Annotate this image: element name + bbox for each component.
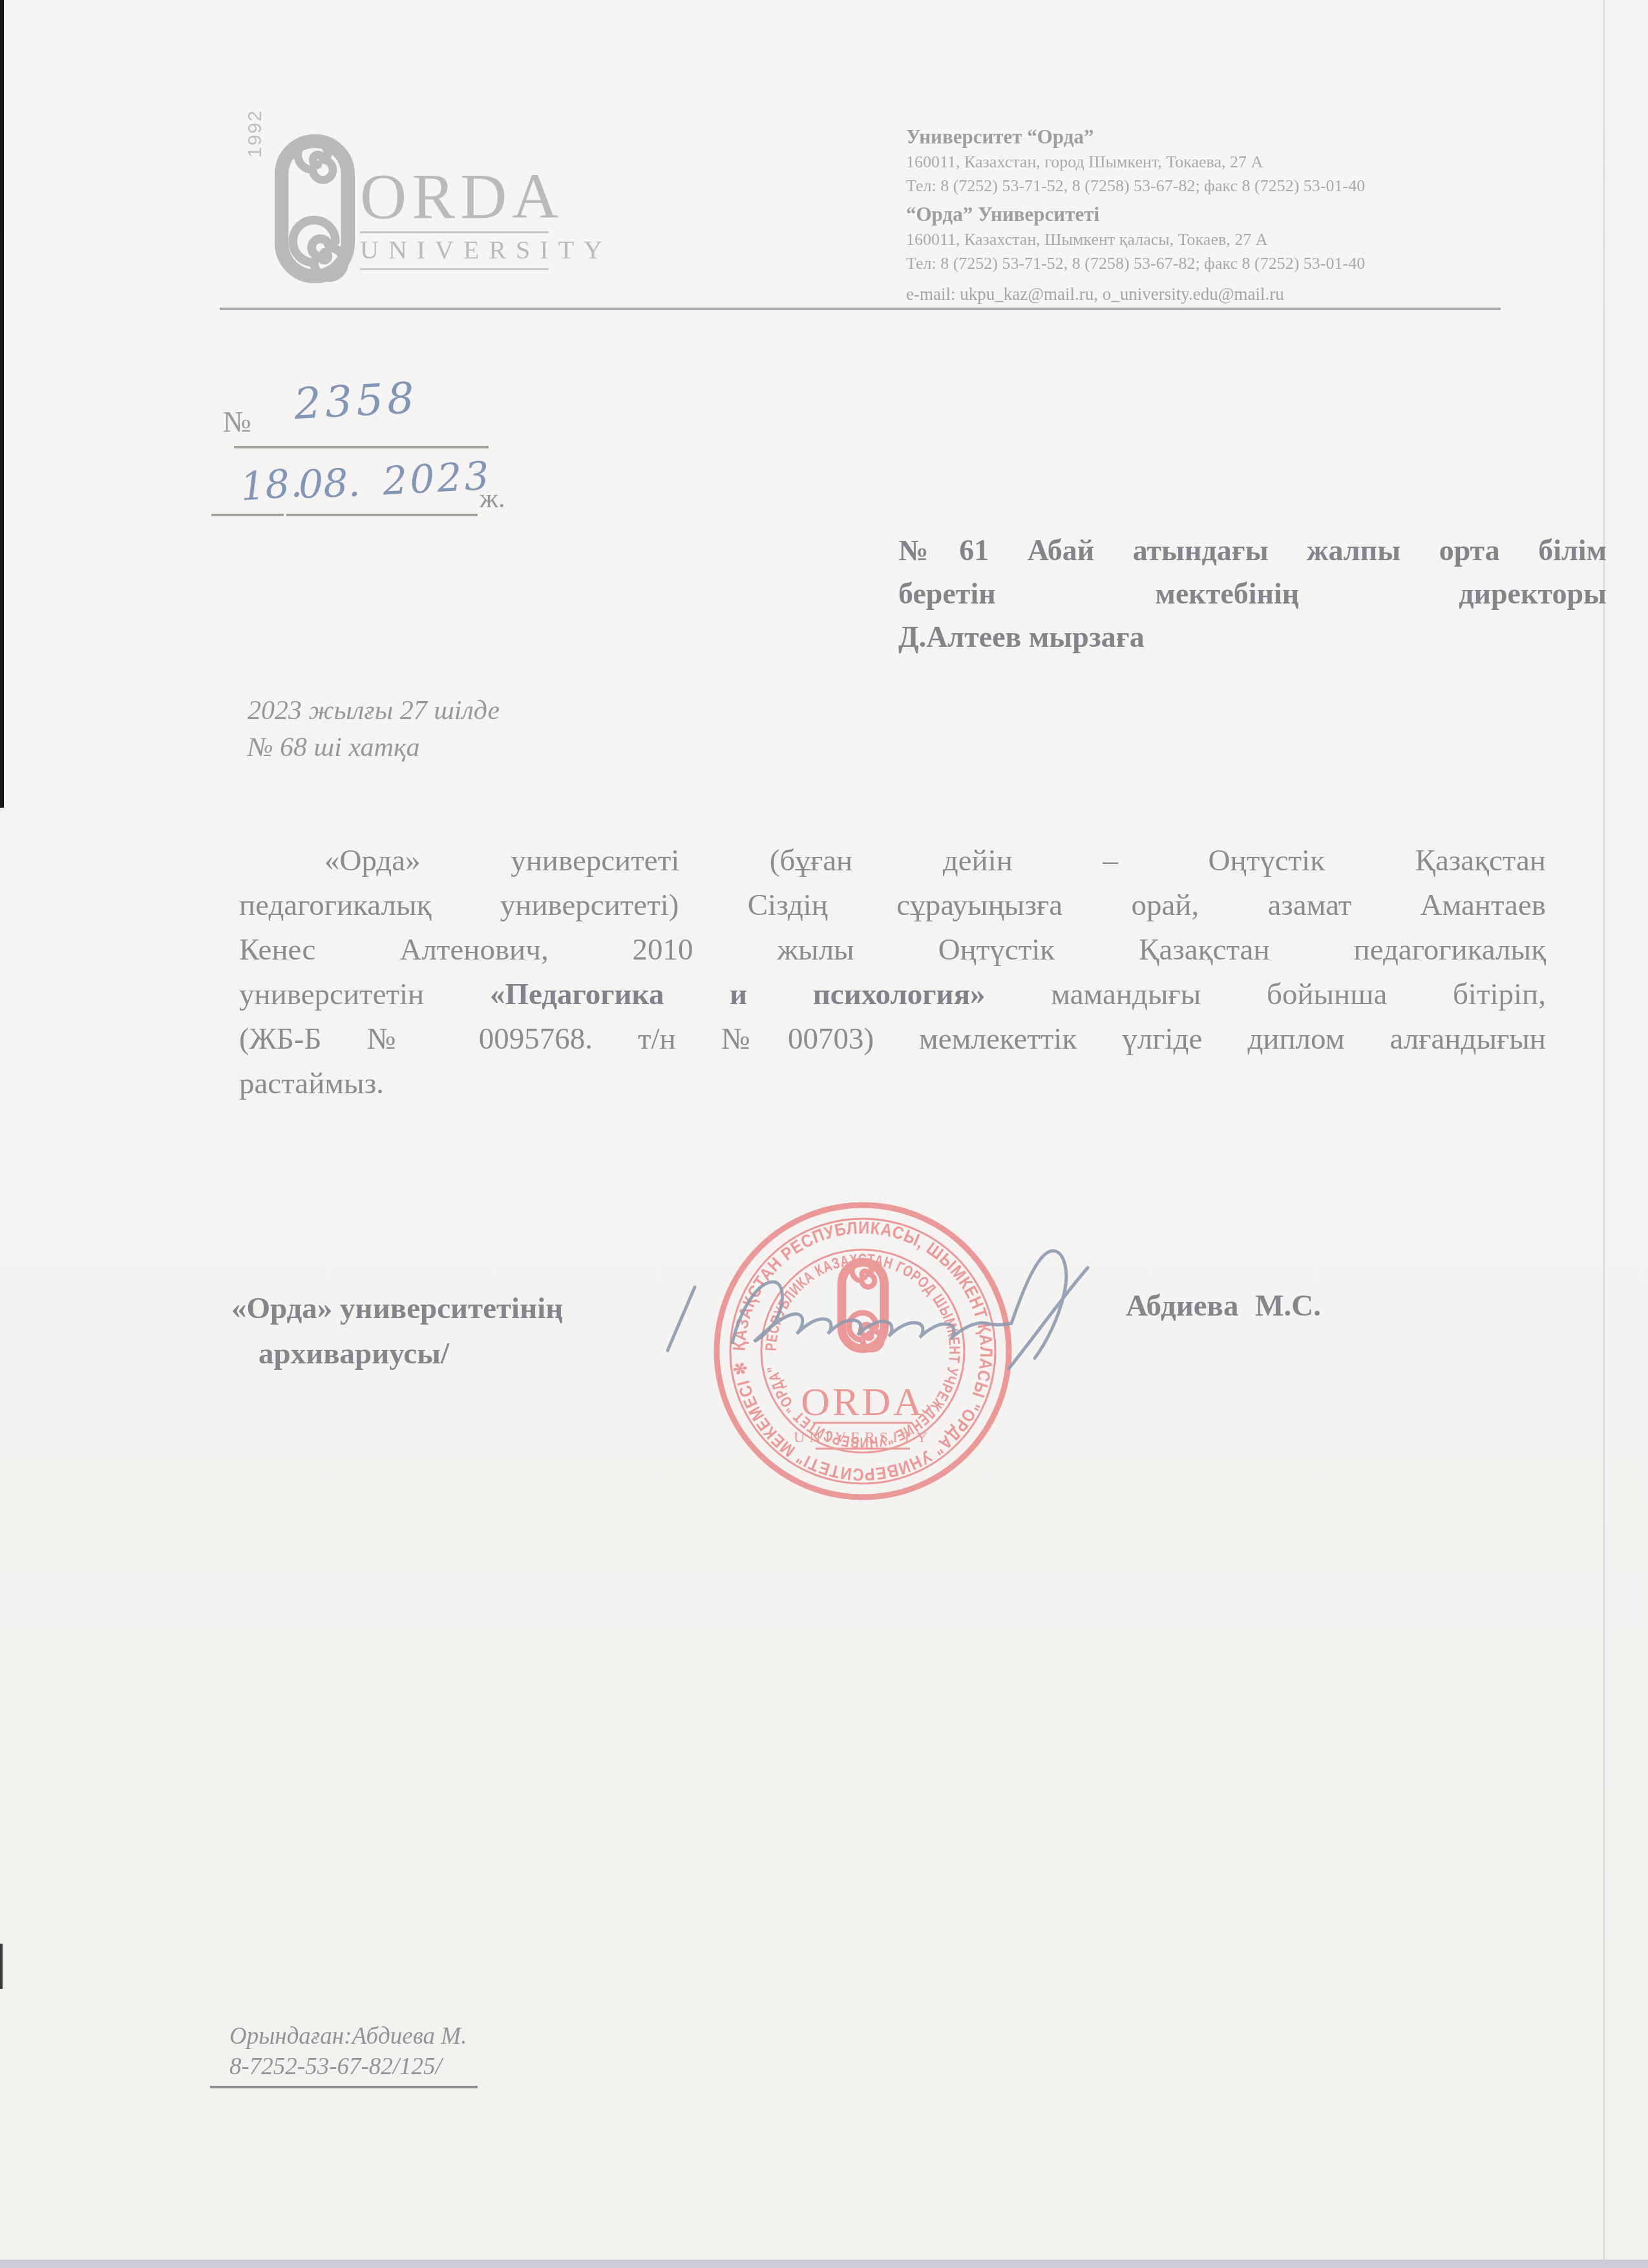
scan-paper-edge bbox=[1603, 0, 1605, 2268]
handwritten-month: 08. bbox=[298, 460, 361, 507]
addressee-line: №61 Абай атындағы жалпы орта білім bbox=[898, 529, 1607, 572]
addressee-line: беретін мектебінің директоры bbox=[898, 572, 1607, 615]
body-text-segment: мамандығы бойынша бітіріп, bbox=[986, 978, 1546, 1011]
signer-role-line: «Орда» университетінің bbox=[231, 1286, 563, 1331]
executor-block: Орындаған:Абдиева М. 8-7252-53-67-82/125… bbox=[229, 2021, 467, 2082]
date-suffix: ж. bbox=[480, 483, 505, 514]
footer-divider bbox=[210, 2086, 478, 2088]
date-underline bbox=[286, 514, 478, 516]
letterhead-divider bbox=[220, 308, 1501, 310]
body-line: Кенес Алтенович, 2010 жылы Оңтүстік Қаза… bbox=[239, 928, 1546, 972]
logo-wordmark: ORDA UNIVERSITY bbox=[360, 164, 549, 270]
handwritten-year: 2023 bbox=[381, 454, 492, 505]
executor-phone: 8-7252-53-67-82/125/ bbox=[229, 2052, 467, 2082]
reference-number: № 68 ші хатқа bbox=[248, 730, 500, 766]
org-title-ru: Университет “Орда” bbox=[906, 124, 1462, 150]
handwritten-number: 2358 bbox=[293, 373, 419, 429]
org-phone-kz: Тел: 8 (7252) 53-71-52, 8 (7258) 53-67-8… bbox=[906, 251, 1462, 275]
pen-signature bbox=[650, 1213, 1160, 1414]
executor-name: Орындаған:Абдиева М. bbox=[229, 2021, 467, 2052]
scanned-letter-page: 1992 ORDA UNIVERSITY Университет “Орда” … bbox=[0, 0, 1648, 2268]
scan-edge-artifact bbox=[0, 0, 4, 808]
stamp-center-subtitle: UNIVERSITY bbox=[794, 1429, 932, 1446]
addressee-block: №61 Абай атындағы жалпы орта білім берет… bbox=[898, 529, 1607, 658]
date-underline bbox=[211, 514, 284, 516]
number-underline bbox=[234, 446, 489, 448]
org-phone-ru: Тел: 8 (7252) 53-71-52, 8 (7258) 53-67-8… bbox=[906, 174, 1462, 198]
number-label: № bbox=[223, 404, 251, 439]
body-line: (ЖБ-Б № 0095768. т/н №00703) мемлекеттік… bbox=[239, 1017, 1546, 1062]
reference-date: 2023 жылғы 27 шілде bbox=[248, 693, 500, 730]
specialty-name: «Педагогика и психология» bbox=[490, 978, 986, 1011]
org-title-kz: “Орда” Университеті bbox=[906, 202, 1462, 227]
body-text-segment: университетін bbox=[239, 978, 490, 1011]
org-email: e-mail: ukpu_kaz@mail.ru, o_university.e… bbox=[906, 284, 1462, 304]
logo-name: ORDA bbox=[360, 164, 549, 233]
reference-block: 2023 жылғы 27 шілде № 68 ші хатқа bbox=[248, 693, 500, 766]
scan-edge-artifact bbox=[0, 1944, 3, 1989]
orda-emblem-icon bbox=[274, 133, 355, 284]
body-line: растаймыз. bbox=[239, 1062, 1546, 1106]
body-line: педагогикалық университеті) Сіздің сұрау… bbox=[239, 883, 1546, 928]
org-address-kz: 160011, Казахстан, Шымкент қаласы, Токае… bbox=[906, 227, 1462, 251]
signer-role: «Орда» университетінің архивариусы/ bbox=[231, 1286, 563, 1376]
letter-body: «Орда» университеті (бұған дейін – Оңтүс… bbox=[239, 839, 1546, 1106]
body-line: университетін «Педагогика и психология» … bbox=[239, 972, 1546, 1017]
body-line: «Орда» университеті (бұған дейін – Оңтүс… bbox=[239, 839, 1546, 883]
logo-founding-year: 1992 bbox=[244, 109, 266, 158]
letterhead-contact-block: Университет “Орда” 160011, Казахстан, го… bbox=[906, 124, 1462, 304]
org-address-ru: 160011, Казахстан, город Шымкент, Токаев… bbox=[906, 150, 1462, 174]
signer-role-line: архивариусы/ bbox=[231, 1331, 563, 1376]
addressee-line: Д.Алтеев мырзаға bbox=[898, 615, 1607, 658]
scan-bottom-edge bbox=[0, 2260, 1648, 2268]
handwritten-day: 18. bbox=[239, 461, 304, 510]
logo-subtitle: UNIVERSITY bbox=[360, 235, 549, 270]
